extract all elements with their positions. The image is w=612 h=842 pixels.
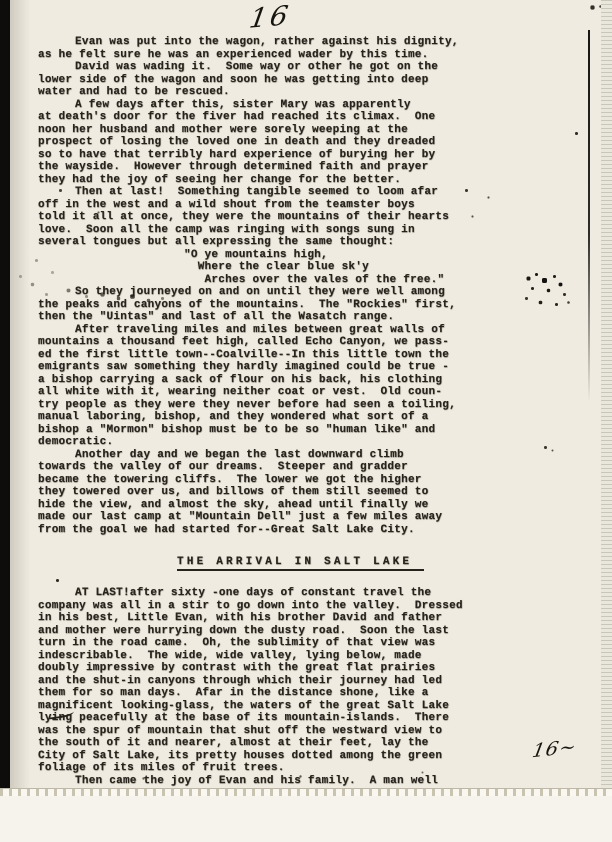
section-heading: THE ARRIVAL IN SALT LAKE [38, 556, 583, 570]
text-line: became the towering cliffs. The lower we… [38, 474, 583, 487]
text-line: at death's door for the fiver had reache… [38, 111, 583, 124]
text-line: love. Soon all the camp was ringing with… [38, 224, 583, 237]
text-line: noon her husband and mother were sorely … [38, 124, 583, 137]
page-number-handwritten: 16 [247, 0, 293, 34]
text-line: so to have that terribly hard experience… [38, 149, 583, 162]
text-line: Then came the joy of Evan and his family… [38, 775, 583, 788]
text-line: made our last camp at "Mountain Dell" ju… [38, 511, 583, 524]
text-line: from the goal we had started for--Great … [38, 524, 583, 537]
text-line: off in the west and a wild shout from th… [38, 199, 583, 212]
text-line: told it all at once, they were the mount… [38, 211, 583, 224]
text-line: was the spur of mountain that shut off t… [38, 725, 583, 738]
text-line: mountains a thousand feet high, called E… [38, 336, 583, 349]
text-line: and mother were hurrying down the dusty … [38, 625, 583, 638]
text-line: hide the view, and almost the sky, ahead… [38, 499, 583, 512]
document-body: Evan was put into the wagon, rather agai… [38, 36, 583, 787]
text-line: Evan was put into the wagon, rather agai… [38, 36, 583, 49]
text-line: try people as they were they never befor… [38, 399, 583, 412]
text-line: magnificent looking-glass, the waters of… [38, 700, 583, 713]
text-line: lying peacefully at the base of its moun… [38, 712, 583, 725]
text-line: several tongues but all expressing the s… [38, 236, 583, 249]
paper-edge-right [601, 0, 612, 794]
section-heading-text: THE ARRIVAL IN SALT LAKE [177, 556, 424, 571]
text-line: Where the clear blue sk'y [38, 261, 583, 274]
text-line: Then at last! Something tangible seemed … [38, 186, 583, 199]
text-line: lower side of the wagon and soon he was … [38, 74, 583, 87]
text-line: a bishop carrying a sack of flour on his… [38, 374, 583, 387]
text-line: company was all in a stir to go down int… [38, 600, 583, 613]
text-line: "O ye mountains high, [38, 249, 583, 262]
text-line: turn in the road came. Oh, the sublimity… [38, 637, 583, 650]
ink-smudge [520, 272, 521, 273]
text-line: ed the first little town--Coalville--In … [38, 349, 583, 362]
text-line: the south of it and nearer, almost at th… [38, 737, 583, 750]
text-line: bishop a "Mormon" bishop must be to be s… [38, 424, 583, 437]
text-line: So they journeyed on and on until they w… [38, 286, 583, 299]
text-line: foliage of its miles of fruit trees. [38, 762, 583, 775]
text-line: democratic. [38, 436, 583, 449]
text-line: the peaks and canyons of the mountains. … [38, 299, 583, 312]
scanned-page: 16 Evan was put into the wagon, rather a… [0, 0, 612, 842]
text-line: David was wading it. Some way or other h… [38, 61, 583, 74]
text-line: indescribable. The wide, wide valley, ly… [38, 650, 583, 663]
text-line: AT LAST!after sixty -one days of constan… [38, 587, 583, 600]
text-line: they towered over us, and billows of the… [38, 486, 583, 499]
text-line: they had the joy of seeing her change fo… [38, 174, 583, 187]
text-line: City of Salt Lake, its pretty houses dot… [38, 750, 583, 763]
scan-line-artifact [588, 30, 590, 402]
text-line: in his best, Little Evan, with his broth… [38, 612, 583, 625]
text-line: water and had to be rescued. [38, 86, 583, 99]
text-line: doubly impressive by contrast with the g… [38, 662, 583, 675]
text-line: towards the valley of our dreams. Steepe… [38, 461, 583, 474]
text-line: manual laboring, bishop, and they wonder… [38, 411, 583, 424]
text-line: Another day and we began the last downwa… [38, 449, 583, 462]
text-line: and the shut-in canyons through which th… [38, 675, 583, 688]
paper-below-tear [0, 796, 612, 842]
text-line: then the "Uintas" and last of all the Wa… [38, 311, 583, 324]
scan-edge-left [0, 0, 10, 789]
text-line: prospect of losing the loved one in deat… [38, 136, 583, 149]
text-line: A few days after this, sister Mary was a… [38, 99, 583, 112]
text-line: After traveling miles and miles between … [38, 324, 583, 337]
text-line: emigrants saw something they hardly imag… [38, 361, 583, 374]
text-line: Arches over the vales of the free." [38, 274, 583, 287]
text-line: the wayside. However through determined … [38, 161, 583, 174]
text-line: as he felt sure he was an experienced wa… [38, 49, 583, 62]
text-line: all white with it, wearing neither coat … [38, 386, 583, 399]
text-line: them for so man days. Afar in the distan… [38, 687, 583, 700]
scan-edge-left-shadow [10, 0, 30, 789]
